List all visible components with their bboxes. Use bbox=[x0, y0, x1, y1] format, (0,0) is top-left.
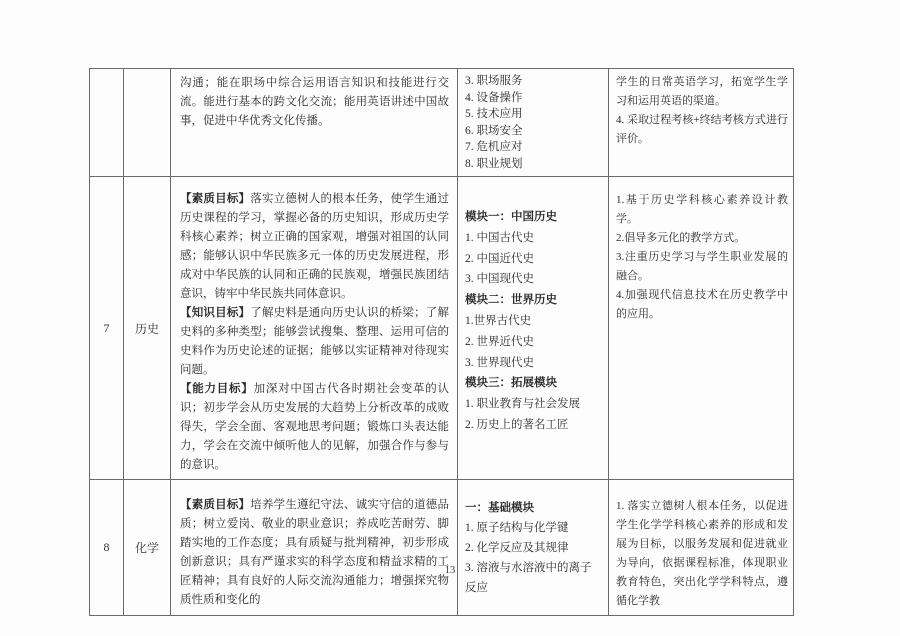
subject-cell: 化学 bbox=[124, 480, 171, 616]
teaching-item: 4. 采取过程考核+终结考核方式进行评价。 bbox=[616, 111, 788, 149]
table-row-english-continued: 沟通；能在职场中综合运用语言知识和技能进行交流。能进行基本的跨文化交流；能用英语… bbox=[90, 69, 794, 177]
module-item: 8. 职业规划 bbox=[465, 156, 602, 173]
module-item: 7. 危机应对 bbox=[465, 139, 602, 156]
teaching-cell: 1.基于历史学科核心素养设计教学。 2.倡导多元化的教学方式。 3.注重历史学习… bbox=[609, 177, 794, 480]
table-row-history: 7 历史 【素质目标】落实立德树人的根本任务，使学生通过历史课程的学习，掌握必备… bbox=[90, 177, 794, 480]
subject-cell bbox=[124, 69, 171, 177]
teaching-item: 1.基于历史学科核心素养设计教学。 bbox=[616, 191, 788, 229]
page-number: 13 bbox=[0, 565, 900, 576]
module-header: 模块三：拓展模块 bbox=[465, 373, 602, 394]
teaching-item: 学生的日常英语学习，拓宽学生学习和运用英语的渠道。 bbox=[616, 73, 788, 111]
module-item: 1.世界古代史 bbox=[465, 311, 602, 332]
objective-label: 【素质目标】 bbox=[180, 499, 250, 511]
teaching-item: 2.倡导多元化的教学方式。 bbox=[616, 229, 788, 248]
objectives-cell: 【素质目标】培养学生遵纪守法、诚实守信的道德品质；树立爱岗、敬业的职业意识；养成… bbox=[171, 480, 458, 616]
module-item: 1. 中国古代史 bbox=[465, 228, 602, 249]
module-item: 5. 技术应用 bbox=[465, 106, 602, 123]
objectives-cell: 【素质目标】落实立德树人的根本任务，使学生通过历史课程的学习，掌握必备的历史知识… bbox=[171, 177, 458, 480]
objective-label: 【能力目标】 bbox=[180, 383, 254, 395]
teaching-item: 3.注重历史学习与学生职业发展的融合。 bbox=[616, 248, 788, 286]
modules-cell: 3. 职场服务 4. 设备操作 5. 技术应用 6. 职场安全 7. 危机应对 … bbox=[458, 69, 609, 177]
objective-text: 落实立德树人的根本任务，使学生通过历史课程的学习，掌握必备的历史知识，形成历史学… bbox=[180, 193, 449, 300]
teaching-cell: 1. 落实立德树人根本任务，以促进学生化学学科核心素养的形成和发展为目标，以服务… bbox=[609, 480, 794, 616]
document-page: 沟通；能在职场中综合运用语言知识和技能进行交流。能进行基本的跨文化交流；能用英语… bbox=[0, 0, 900, 636]
curriculum-table: 沟通；能在职场中综合运用语言知识和技能进行交流。能进行基本的跨文化交流；能用英语… bbox=[89, 68, 794, 616]
objective-label: 【知识目标】 bbox=[180, 307, 250, 319]
module-header: 模块二：世界历史 bbox=[465, 290, 602, 311]
module-item: 2. 世界近代史 bbox=[465, 332, 602, 353]
objective-text: 加深对中国古代各时期社会变革的认识；初步学会从历史发展的大趋势上分析改革的成败得… bbox=[180, 383, 449, 471]
module-item: 3. 职场服务 bbox=[465, 73, 602, 90]
objectives-cell: 沟通；能在职场中综合运用语言知识和技能进行交流。能进行基本的跨文化交流；能用英语… bbox=[171, 69, 458, 177]
objective-paragraph: 【能力目标】加深对中国古代各时期社会变革的认识；初步学会从历史发展的大趋势上分析… bbox=[180, 380, 449, 475]
teaching-item: 1. 落实立德树人根本任务，以促进学生化学学科核心素养的形成和发展为目标，以服务… bbox=[616, 497, 788, 611]
row-number-cell: 8 bbox=[90, 480, 124, 616]
table-row-chemistry: 8 化学 【素质目标】培养学生遵纪守法、诚实守信的道德品质；树立爱岗、敬业的职业… bbox=[90, 480, 794, 616]
objective-paragraph: 【素质目标】培养学生遵纪守法、诚实守信的道德品质；树立爱岗、敬业的职业意识；养成… bbox=[180, 496, 449, 610]
row-number-cell: 7 bbox=[90, 177, 124, 480]
module-item: 3. 世界现代史 bbox=[465, 353, 602, 374]
teaching-item: 4.加强现代信息技术在历史教学中的应用。 bbox=[616, 286, 788, 324]
module-item: 1. 原子结构与化学键 bbox=[465, 518, 602, 538]
objective-text: 培养学生遵纪守法、诚实守信的道德品质；树立爱岗、敬业的职业意识；养成吃苦耐劳、脚… bbox=[180, 499, 449, 606]
module-item: 6. 职场安全 bbox=[465, 123, 602, 140]
module-item: 3. 中国现代史 bbox=[465, 269, 602, 290]
modules-cell: 一：基础模块 1. 原子结构与化学键 2. 化学反应及其规律 3. 溶液与水溶液… bbox=[458, 480, 609, 616]
module-item: 1. 职业教育与社会发展 bbox=[465, 394, 602, 415]
module-item: 2. 中国近代史 bbox=[465, 249, 602, 270]
module-item: 3. 溶液与水溶液中的离子反应 bbox=[465, 558, 602, 598]
objective-paragraph: 【知识目标】了解史料是通向历史认识的桥梁；了解史料的多种类型；能够尝试搜集、整理… bbox=[180, 304, 449, 380]
subject-cell: 历史 bbox=[124, 177, 171, 480]
objective-label: 【素质目标】 bbox=[180, 193, 250, 205]
objective-text: 沟通；能在职场中综合运用语言知识和技能进行交流。能进行基本的跨文化交流；能用英语… bbox=[180, 77, 449, 127]
objective-paragraph: 【素质目标】落实立德树人的根本任务，使学生通过历史课程的学习，掌握必备的历史知识… bbox=[180, 190, 449, 304]
objective-paragraph: 沟通；能在职场中综合运用语言知识和技能进行交流。能进行基本的跨文化交流；能用英语… bbox=[180, 74, 449, 131]
module-item: 4. 设备操作 bbox=[465, 90, 602, 107]
modules-cell: 模块一：中国历史 1. 中国古代史 2. 中国近代史 3. 中国现代史 模块二：… bbox=[458, 177, 609, 480]
row-number-cell bbox=[90, 69, 124, 177]
module-item: 2. 化学反应及其规律 bbox=[465, 538, 602, 558]
module-header: 一：基础模块 bbox=[465, 498, 602, 518]
module-header: 模块一：中国历史 bbox=[465, 207, 602, 228]
teaching-cell: 学生的日常英语学习，拓宽学生学习和运用英语的渠道。 4. 采取过程考核+终结考核… bbox=[609, 69, 794, 177]
module-item: 2. 历史上的著名工匠 bbox=[465, 415, 602, 436]
